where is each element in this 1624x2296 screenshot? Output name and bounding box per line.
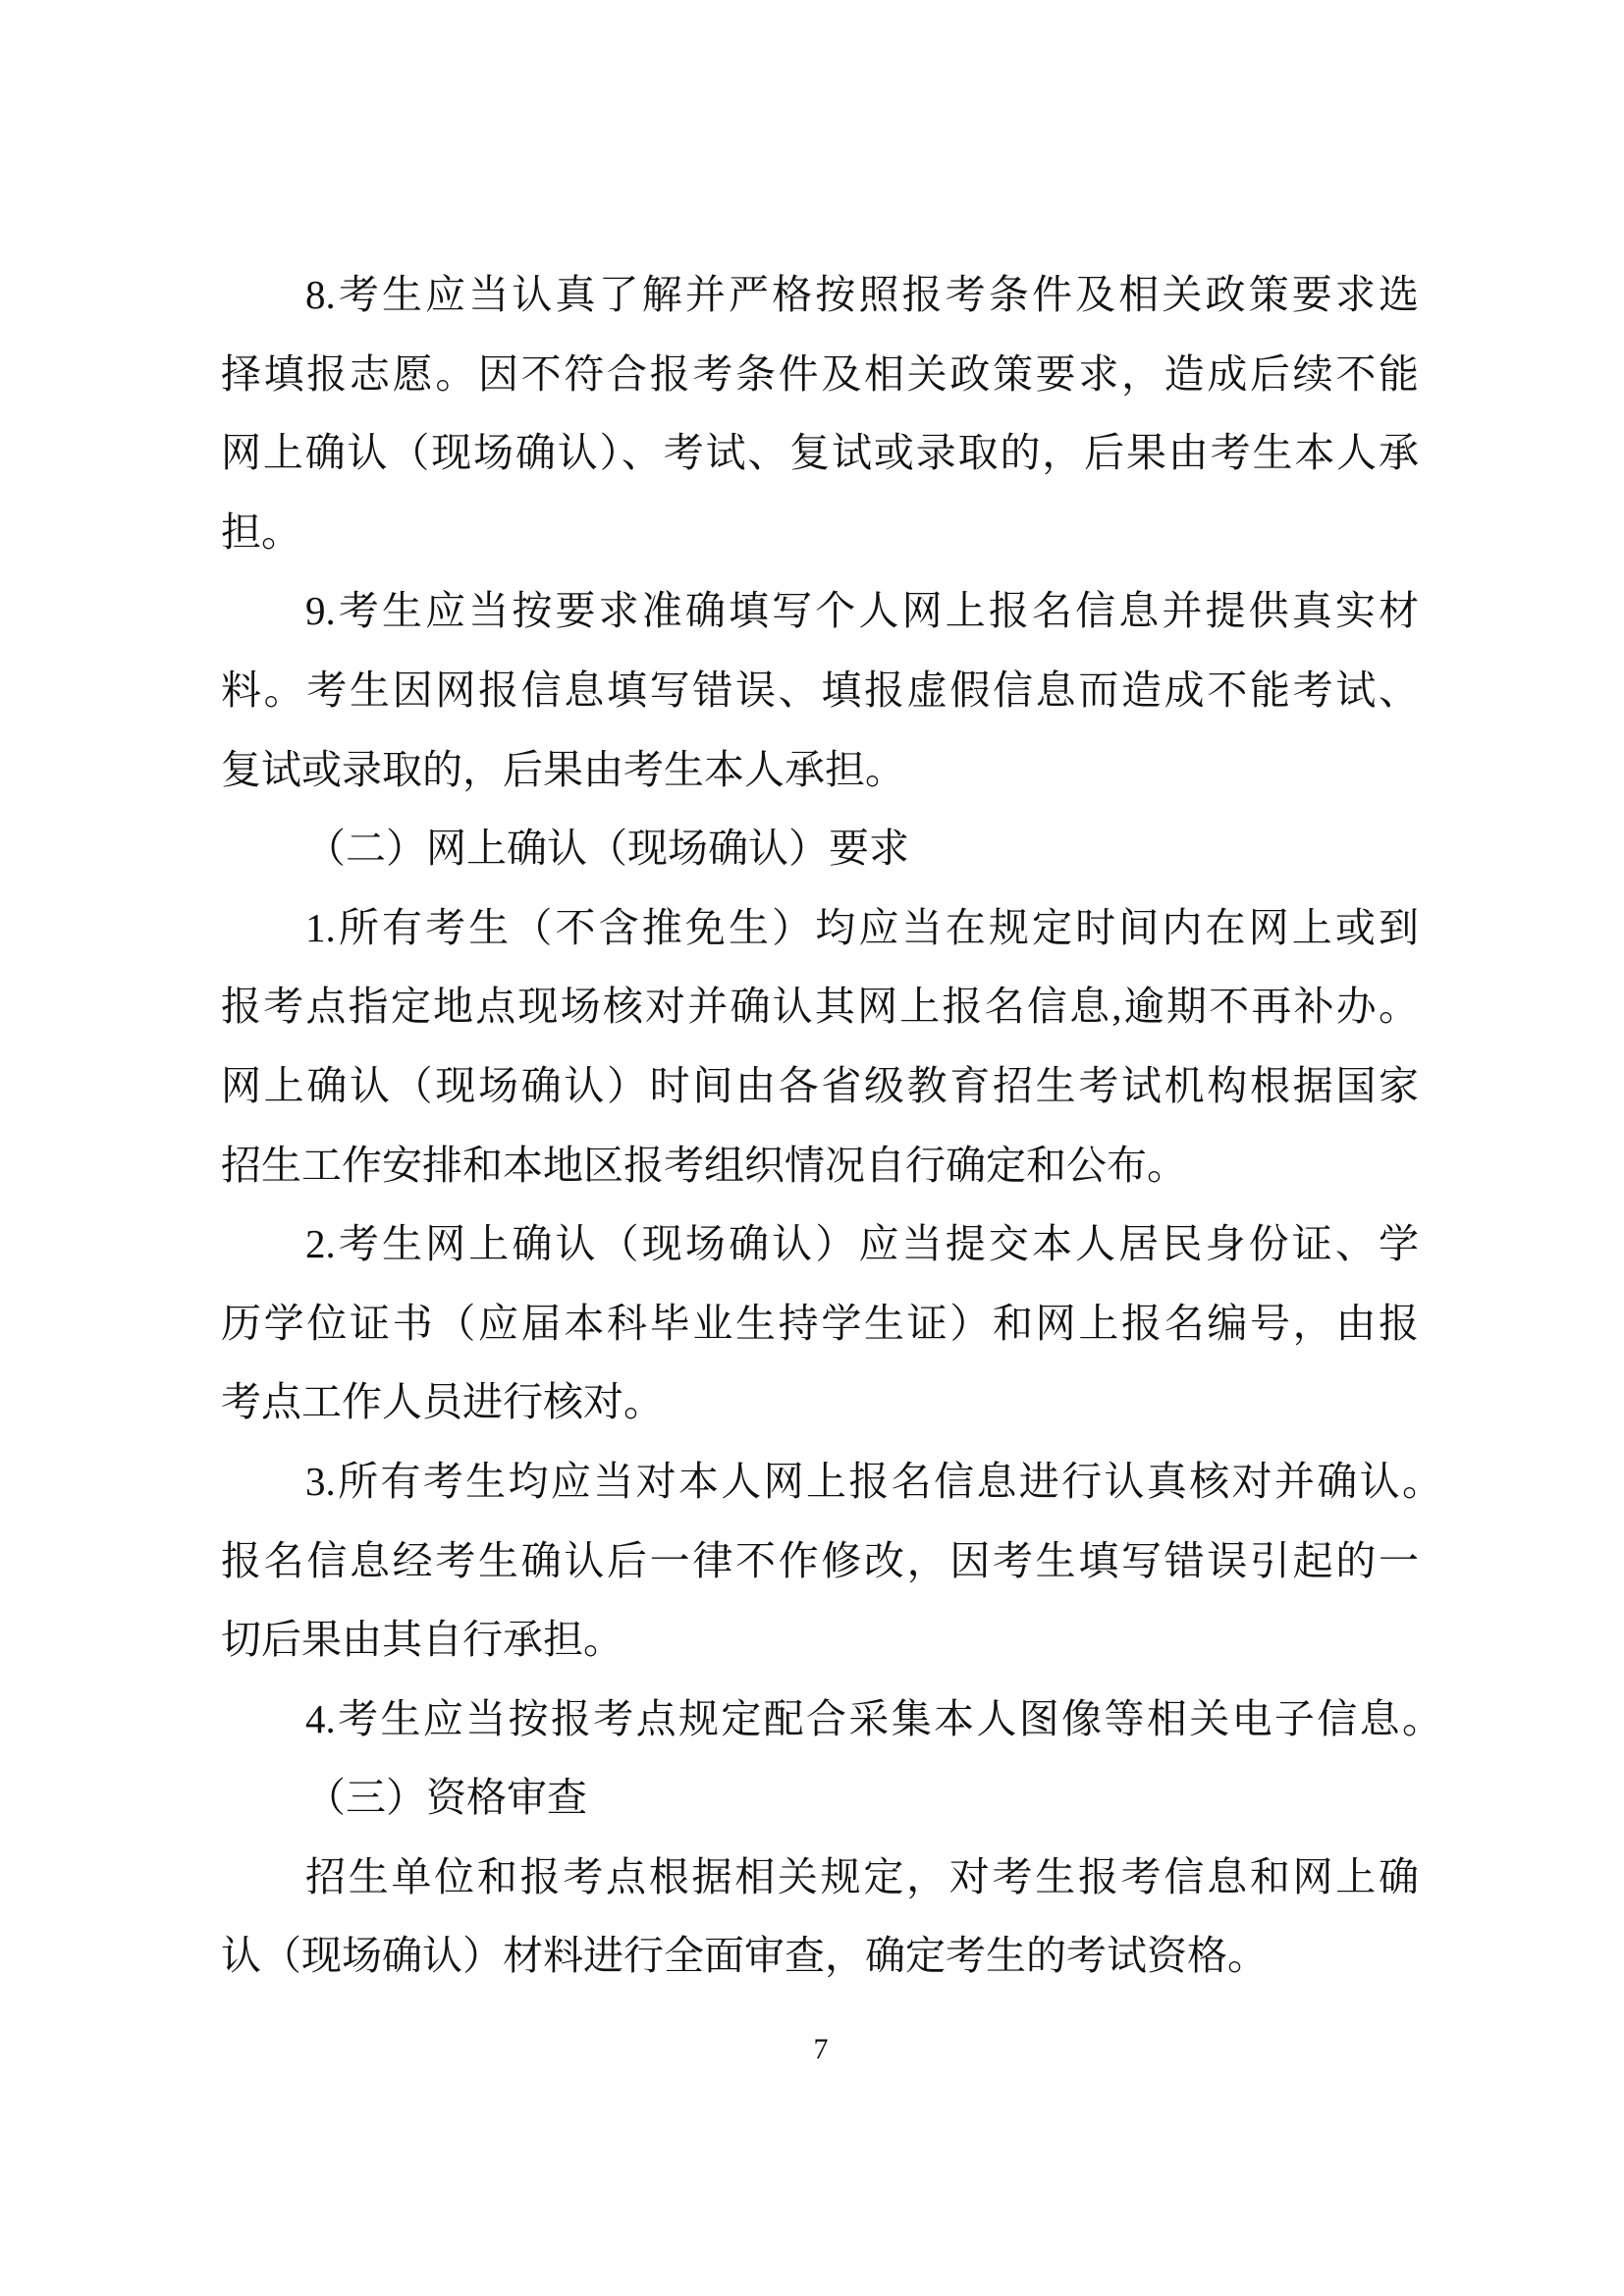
document-body: 8.考生应当认真了解并严格按照报考条件及相关政策要求选 择填报志愿。因不符合报考… — [221, 255, 1419, 1996]
paragraph-item-9: 9.考生应当按要求准确填写个人网上报名信息并提供真实材 料。考生因网报信息填写错… — [221, 571, 1419, 809]
section-heading-2: （二）网上确认（现场确认）要求 — [221, 809, 1419, 888]
text-line: 1.所有考生（不含推免生）均应当在规定时间内在网上或到 — [221, 888, 1419, 968]
text-line: 切后果由其自行承担。 — [221, 1600, 1419, 1680]
text-line: 2.考生网上确认（现场确认）应当提交本人居民身份证、学 — [221, 1204, 1419, 1284]
text-line: 招生工作安排和本地区报考组织情况自行确定和公布。 — [221, 1126, 1419, 1205]
document-page: 8.考生应当认真了解并严格按照报考条件及相关政策要求选 择填报志愿。因不符合报考… — [0, 0, 1624, 2296]
text-line: 招生单位和报考点根据相关规定，对考生报考信息和网上确 — [221, 1838, 1419, 1917]
paragraph-item-2-1: 1.所有考生（不含推免生）均应当在规定时间内在网上或到 报考点指定地点现场核对并… — [221, 888, 1419, 1204]
text-line: 料。考生因网报信息填写错误、填报虚假信息而造成不能考试、 — [221, 651, 1419, 730]
text-line: 择填报志愿。因不符合报考条件及相关政策要求，造成后续不能 — [221, 335, 1419, 414]
paragraph-item-8: 8.考生应当认真了解并严格按照报考条件及相关政策要求选 择填报志愿。因不符合报考… — [221, 255, 1419, 571]
text-line: 3.所有考生均应当对本人网上报名信息进行认真核对并确认。 — [221, 1442, 1442, 1522]
text-line: 网上确认（现场确认）时间由各省级教育招生考试机构根据国家 — [221, 1046, 1419, 1126]
paragraph-item-2-2: 2.考生网上确认（现场确认）应当提交本人居民身份证、学 历学位证书（应届本科毕业… — [221, 1204, 1419, 1442]
text-line: 复试或录取的，后果由考生本人承担。 — [221, 730, 1419, 810]
text-line: 报名信息经考生确认后一律不作修改，因考生填写错误引起的一 — [221, 1522, 1419, 1601]
text-line: 4.考生应当按报考点规定配合采集本人图像等相关电子信息。 — [221, 1680, 1442, 1759]
paragraph-item-3: 招生单位和报考点根据相关规定，对考生报考信息和网上确 认（现场确认）材料进行全面… — [221, 1838, 1419, 1996]
text-line: 网上确认（现场确认）、考试、复试或录取的，后果由考生本人承 — [221, 413, 1419, 493]
paragraph-item-2-3: 3.所有考生均应当对本人网上报名信息进行认真核对并确认。 报名信息经考生确认后一… — [221, 1442, 1419, 1680]
text-line: 历学位证书（应届本科毕业生持学生证）和网上报名编号，由报 — [221, 1284, 1419, 1363]
section-heading: （三）资格审查 — [221, 1758, 1419, 1838]
text-line: 认（现场确认）材料进行全面审查，确定考生的考试资格。 — [221, 1916, 1419, 1996]
text-line: 考点工作人员进行核对。 — [221, 1362, 1419, 1442]
text-line: 担。 — [221, 493, 1419, 572]
section-heading-3: （三）资格审查 — [221, 1758, 1419, 1838]
text-line: 8.考生应当认真了解并严格按照报考条件及相关政策要求选 — [221, 255, 1419, 335]
paragraph-item-2-4: 4.考生应当按报考点规定配合采集本人图像等相关电子信息。 — [221, 1680, 1419, 1759]
section-heading: （二）网上确认（现场确认）要求 — [221, 809, 1419, 888]
text-line: 报考点指定地点现场核对并确认其网上报名信息,逾期不再补办。 — [221, 967, 1419, 1046]
page-number: 7 — [0, 2032, 1624, 2067]
text-line: 9.考生应当按要求准确填写个人网上报名信息并提供真实材 — [221, 571, 1419, 651]
